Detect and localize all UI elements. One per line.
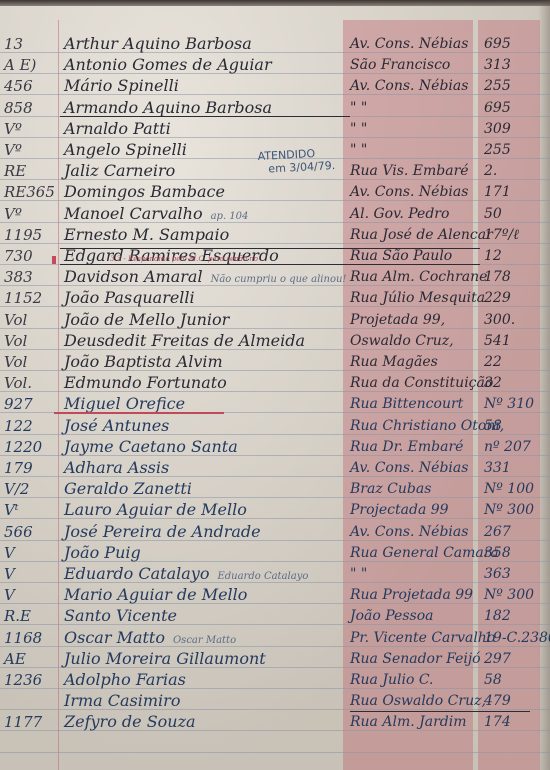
entry-reference: R.E (4, 604, 58, 628)
entry-reference: 456 (4, 74, 58, 98)
ledger-row: 1177Zefyro de SouzaRua Alm. Jardim174 (0, 710, 550, 734)
entry-name: Zefyro de Souza (64, 710, 344, 734)
entry-reference: RE365 (4, 180, 58, 204)
entry-number: 171 (484, 180, 546, 204)
ledger-row: RE365Domingos BambaceAv. Cons. Nébias171 (0, 180, 550, 204)
entry-name-note: Oscar Matto (173, 635, 236, 646)
entry-reference: 927 (4, 392, 58, 416)
entry-name-note: ap. 104 (211, 211, 249, 222)
entry-name: Mário Spinelli (64, 74, 344, 98)
ledger-row: 1152João PasquarelliRua Júlio Mesquita22… (0, 286, 550, 310)
entry-name-note: Não cumpriu o que alinou! (211, 274, 347, 285)
red-margin-mark (52, 256, 56, 264)
ledger-row: VᵗLauro Aguiar de MelloProjectada 99Nº 3… (0, 498, 550, 522)
entry-name-note: Eduardo Catalayo (217, 571, 308, 582)
entry-number: 182 (484, 604, 546, 628)
ledger-row: 456Mário SpinelliAv. Cons. Nébias255 (0, 74, 550, 98)
entry-name: João Pasquarelli (64, 286, 344, 310)
entry-address: Rua Júlio Mesquita (350, 286, 480, 310)
ledger-page: 13Arthur Aquino BarbosaAv. Cons. Nébias6… (0, 0, 550, 770)
atendido-stamp: ATENDIDO em 3/04/79. (257, 146, 335, 176)
entry-reference: Vᵗ (4, 498, 58, 522)
strike-line (60, 248, 480, 249)
entry-name: Lauro Aguiar de Mello (64, 498, 344, 522)
entry-name: Santo Vicente (64, 604, 344, 628)
entry-number: 174 (484, 710, 546, 734)
entry-name: Domingos Bambace (64, 180, 344, 204)
ledger-row: R.ESanto VicenteJoão Pessoa182 (0, 604, 550, 628)
entry-address: Rua Bittencourt (350, 392, 480, 416)
entry-number: 255 (484, 74, 546, 98)
entry-address: Av. Cons. Nébias (350, 74, 480, 98)
ruled-line (0, 752, 550, 753)
red-annotation: 3.3 - Respondido pelo M.C. para senão no… (110, 255, 530, 263)
entry-number: Nº 300 (484, 498, 546, 522)
entry-address: João Pessoa (350, 604, 480, 628)
entry-reference: 1177 (4, 710, 58, 734)
entry-number: 229 (484, 286, 546, 310)
entry-number: Nº 310 (484, 392, 546, 416)
entry-address: Rua Alm. Jardim (350, 710, 480, 734)
entry-address: Av. Cons. Nébias (350, 180, 480, 204)
entry-reference: 1152 (4, 286, 58, 310)
entry-address: Projectada 99 (350, 498, 480, 522)
